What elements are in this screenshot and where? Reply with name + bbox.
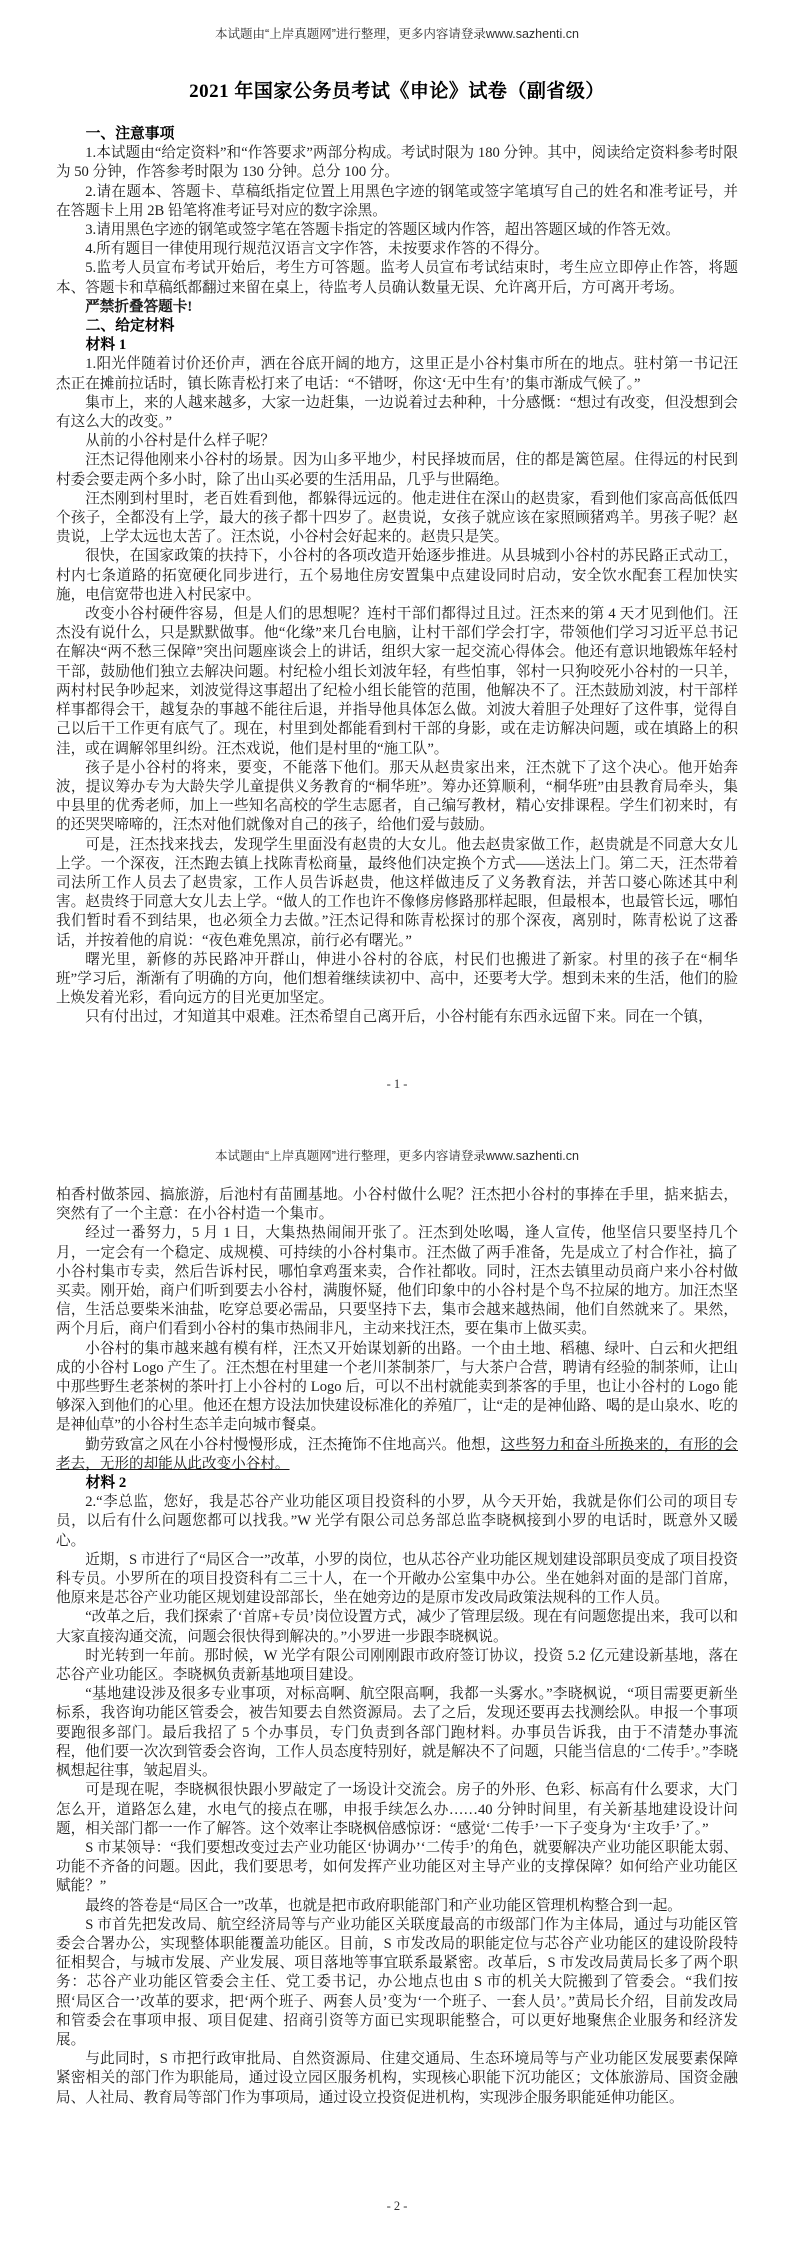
materials-heading: 二、给定材料 — [56, 317, 738, 336]
material-2-paragraph: 近期，S 市进行了“局区合一”改革，小罗的岗位，也从芯谷产业功能区规划建设部职员… — [56, 1551, 738, 1609]
exam-document: 本试题由“上岸真题网”进行整理，更多内容请登录www.sazhenti.cn 2… — [0, 0, 794, 2244]
material-1-paragraph-continuation: 柏香村做茶园、搞旅游，后池村有苗圃基地。小谷村做什么呢？汪杰把小谷村的事捧在手里… — [56, 1186, 738, 1224]
material-2-paragraph: 与此同时，S 市把行政审批局、自然资源局、住建交通局、生态环境局等与产业功能区发… — [56, 2050, 738, 2108]
material-2-paragraph: 可是现在呢，李晓枫很快跟小罗敲定了一场设计交流会。房子的外形、色彩、标高有什么要… — [56, 1781, 738, 1839]
material-1-paragraph: 很快，在国家政策的扶持下，小谷村的各项改造开始逐步推进。从县城到小谷村的苏民路正… — [56, 547, 738, 605]
page-2: 本试题由“上岸真题网”进行整理，更多内容请登录www.sazhenti.cn 柏… — [0, 1122, 794, 2244]
material-1-heading: 材料 1 — [56, 336, 738, 355]
page-number-2: - 2 - — [0, 2199, 794, 2214]
material-1-paragraph: 集市上，来的人越来越多，大家一边赶集，一边说着过去种种，十分感慨：“想过有改变，… — [56, 394, 738, 432]
material-1-paragraph: 可是，汪杰找来找去，发现学生里面没有赵贵的大女儿。他去赵贵家做工作，赵贵就是不同… — [56, 836, 738, 951]
source-notice: 本试题由“上岸真题网”进行整理，更多内容请登录www.sazhenti.cn — [56, 1122, 738, 1164]
material-1-paragraph: 1.阳光伴随着讨价还价声，洒在谷底开阔的地方，这里正是小谷村集市所在的地点。驻村… — [56, 355, 738, 393]
material-2-paragraph: “基地建设涉及很多专业事项，对标高啊、航空限高啊，我都一头雾水。”李晓枫说，“项… — [56, 1685, 738, 1781]
material-2-paragraph: 时光转到一年前。那时候，W 光学有限公司刚刚跟市政府签订协议，投资 5.2 亿元… — [56, 1647, 738, 1685]
notice-warning: 严禁折叠答题卡! — [56, 298, 738, 317]
material-1-paragraph: 只有付出过，才知道其中艰难。汪杰希望自己离开后，小谷村能有东西永远留下来。同在一… — [56, 1008, 738, 1027]
material-1-paragraph: 汪杰记得他刚来小谷村的场景。因为山多平地少，村民择坡而居，住的都是篱笆屋。住得远… — [56, 451, 738, 489]
material-2-paragraph: 2.“李总监，您好，我是芯谷产业功能区项目投资科的小罗，从今天开始，我就是你们公… — [56, 1493, 738, 1551]
material-1-paragraph: 汪杰刚到村里时，老百姓看到他，都躲得远远的。他走进住在深山的赵贵家，看到他们家高… — [56, 490, 738, 548]
material-2-paragraph: 最终的答卷是“局区合一”改革，也就是把市政府职能部门和产业功能区管理机构整合到一… — [56, 1897, 738, 1916]
closing-lead: 勤劳致富之风在小谷村慢慢形成，汪杰掩饰不住地高兴。他想， — [85, 1437, 501, 1453]
material-1-paragraph: 经过一番努力，5 月 1 日，大集热热闹闹开张了。汪杰到处吆喝，逢人宣传，他坚信… — [56, 1224, 738, 1339]
notice-heading: 一、注意事项 — [56, 125, 738, 144]
material-2-paragraph: S 市某领导：“我们要想改变过去产业功能区‘协调办’‘二传手’的角色，就要解决产… — [56, 1839, 738, 1897]
material-1-paragraph: 曙光里，新修的苏民路冲开群山，伸进小谷村的谷底，村民们也搬进了新家。村里的孩子在… — [56, 951, 738, 1009]
doc-title: 2021 年国家公务员考试《申论》试卷（副省级） — [56, 76, 738, 103]
material-1-paragraph: 孩子是小谷村的将来，要变，不能落下他们。那天从赵贵家出来，汪杰就下了这个决心。他… — [56, 759, 738, 836]
page-number-1: - 1 - — [0, 1077, 794, 1092]
material-1-closing-paragraph: 勤劳致富之风在小谷村慢慢形成，汪杰掩饰不住地高兴。他想，这些努力和奋斗所换来的，… — [56, 1436, 738, 1474]
source-notice: 本试题由“上岸真题网”进行整理，更多内容请登录www.sazhenti.cn — [56, 0, 738, 42]
material-1-paragraph: 从前的小谷村是什么样子呢？ — [56, 432, 738, 451]
notice-item-5: 5.监考人员宣布考试开始后，考生方可答题。监考人员宣布考试结束时，考生应立即停止… — [56, 259, 738, 297]
page-1: 本试题由“上岸真题网”进行整理，更多内容请登录www.sazhenti.cn 2… — [0, 0, 794, 1122]
material-2-paragraph: “改革之后，我们探索了‘首席+专员’岗位设置方式，减少了管理层级。现在有问题您提… — [56, 1608, 738, 1646]
notice-item-2: 2.请在题本、答题卡、草稿纸指定位置上用黑色字迹的钢笔或签字笔填写自己的姓名和准… — [56, 183, 738, 221]
material-2-heading: 材料 2 — [56, 1474, 738, 1493]
notice-item-3: 3.请用黑色字迹的钢笔或签字笔在答题卡指定的答题区域内作答，超出答题区域的作答无… — [56, 221, 738, 240]
material-1-paragraph: 小谷村的集市越来越有模有样，汪杰又开始谋划新的出路。一个由土地、稻穗、绿叶、白云… — [56, 1340, 738, 1436]
material-1-paragraph: 改变小谷村硬件容易，但是人们的思想呢？连村干部们都得过且过。汪杰来的第 4 天才… — [56, 605, 738, 759]
notice-item-1: 1.本试题由“给定资料”和“作答要求”两部分构成。考试时限为 180 分钟。其中… — [56, 144, 738, 182]
material-2-paragraph: S 市首先把发改局、航空经济局等与产业功能区关联度最高的市级部门作为主体局，通过… — [56, 1916, 738, 2050]
notice-item-4: 4.所有题目一律使用现行规范汉语言文字作答，未按要求作答的不得分。 — [56, 240, 738, 259]
